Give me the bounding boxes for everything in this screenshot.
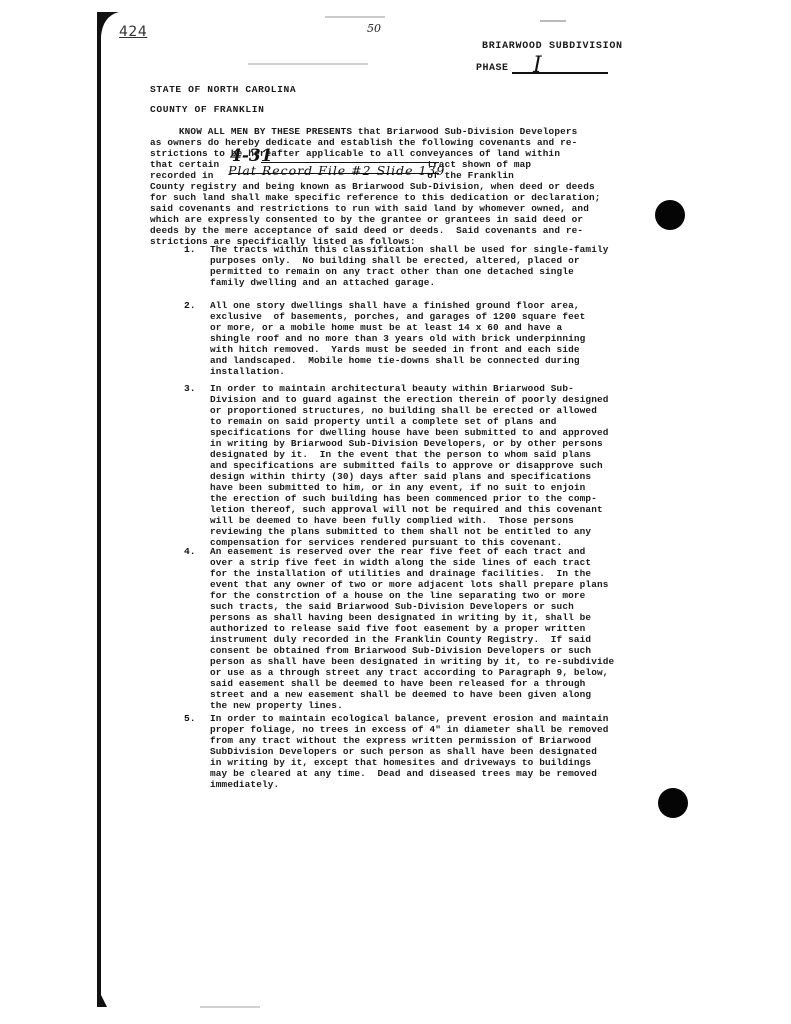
scan-left-border <box>97 12 101 1007</box>
phase-value: I <box>533 53 542 78</box>
scan-speck <box>200 1006 260 1008</box>
covenant-text: The tracts within this classification sh… <box>210 244 609 288</box>
covenant-line: the erection of such building has been c… <box>210 493 609 504</box>
covenant-text: In order to maintain ecological balance,… <box>210 713 609 790</box>
covenant-line: may be cleared at any time. Dead and dis… <box>210 768 609 779</box>
preamble-line: County registry and being known as Briar… <box>150 181 650 192</box>
covenant-line: persons as shall having been designated … <box>210 612 614 623</box>
scan-speck <box>540 20 566 22</box>
preamble-line: strictions to be hereafter applicable to… <box>150 148 650 159</box>
punch-hole-top <box>655 200 685 230</box>
preamble-line: as owners do hereby dedicate and establi… <box>150 137 650 148</box>
handwritten-plat-reference: Plat Record File #2 Slide 139 <box>228 163 445 178</box>
covenant-text: All one story dwellings shall have a fin… <box>210 300 585 377</box>
covenant-text: An easement is reserved over the rear fi… <box>210 546 614 711</box>
covenant-line: shingle roof and no more than 3 years ol… <box>210 333 585 344</box>
scan-speck <box>325 16 385 18</box>
scan-corner-bottom <box>97 995 107 1007</box>
covenant-line: immediately. <box>210 779 609 790</box>
scanned-document-page: 424 50 BRIARWOOD SUBDIVISION PHASE I STA… <box>0 0 791 1024</box>
covenant-line: letion thereof, such approval will not b… <box>210 504 609 515</box>
covenant-number: 5. <box>184 713 196 724</box>
covenant-line: An easement is reserved over the rear fi… <box>210 546 614 557</box>
phase-underline <box>512 72 608 74</box>
covenant-line: installation. <box>210 366 585 377</box>
covenant-line: and landscaped. Mobile home tie-downs sh… <box>210 355 585 366</box>
covenant-line: reviewing the plans submitted to them sh… <box>210 526 609 537</box>
punch-hole-bottom <box>658 788 688 818</box>
covenant-line: over a strip five feet in width along th… <box>210 557 614 568</box>
covenant-line: consent be obtained from Briarwood Sub-D… <box>210 645 614 656</box>
phase-label: PHASE <box>476 63 509 74</box>
covenant-line: have been submitted to him, or in any ev… <box>210 482 609 493</box>
covenant-line: street and a new easement shall be deeme… <box>210 689 614 700</box>
covenant-line: and specifications are submitted fails t… <box>210 460 609 471</box>
covenant-line: in writing by it, except that homesites … <box>210 757 609 768</box>
preamble-paragraph: KNOW ALL MEN BY THESE PRESENTS that Bria… <box>150 126 650 247</box>
preamble-line: deeds by the mere acceptance of said dee… <box>150 225 650 236</box>
covenant-line: in writing by Briarwood Sub-Division Dev… <box>210 438 609 449</box>
county-line: COUNTY OF FRANKLIN <box>150 104 264 115</box>
preamble-line: for such land shall make specific refere… <box>150 192 650 203</box>
covenant-line: designated by it. In the event that the … <box>210 449 609 460</box>
covenant-line: The tracts within this classification sh… <box>210 244 609 255</box>
covenant-line: In order to maintain ecological balance,… <box>210 713 609 724</box>
covenant-line: exclusive of basements, porches, and gar… <box>210 311 585 322</box>
covenant-line: instrument duly recorded in the Franklin… <box>210 634 614 645</box>
covenant-line: said easement shall be deemed to have be… <box>210 678 614 689</box>
covenant-number: 1. <box>184 244 196 255</box>
covenant-line: will be deemed to have been fully compli… <box>210 515 609 526</box>
covenant-number: 2. <box>184 300 196 311</box>
preamble-line: which are expressly consented to by the … <box>150 214 650 225</box>
covenant-line: design within thirty (30) days after sai… <box>210 471 609 482</box>
state-line: STATE OF NORTH CAROLINA <box>150 84 296 95</box>
covenant-line: In order to maintain architectural beaut… <box>210 383 609 394</box>
covenant-line: purposes only. No building shall be erec… <box>210 255 609 266</box>
covenant-line: authorized to release said five foot eas… <box>210 623 614 634</box>
covenant-line: or use as a through street any tract acc… <box>210 667 614 678</box>
covenant-text: In order to maintain architectural beaut… <box>210 383 609 548</box>
preamble-line: KNOW ALL MEN BY THESE PRESENTS that Bria… <box>150 126 650 137</box>
covenant-line: event that any owner of two or more adja… <box>210 579 614 590</box>
covenant-line: or more, or a mobile home must be at lea… <box>210 322 585 333</box>
handwritten-note-top: 50 <box>367 22 381 35</box>
covenant-line: Division and to guard against the erecti… <box>210 394 609 405</box>
covenant-line: such tracts, the said Briarwood Sub-Divi… <box>210 601 614 612</box>
covenant-line: SubDivision Developers or such person as… <box>210 746 609 757</box>
covenant-line: to remain on said property until a compl… <box>210 416 609 427</box>
covenant-line: permitted to remain on any tract other t… <box>210 266 609 277</box>
covenant-line: All one story dwellings shall have a fin… <box>210 300 585 311</box>
scan-speck <box>248 63 368 65</box>
covenant-line: from any tract without the express writt… <box>210 735 609 746</box>
covenant-line: the new property lines. <box>210 700 614 711</box>
preamble-line: said covenants and restrictions to run w… <box>150 203 650 214</box>
covenant-line: specifications for dwelling house have b… <box>210 427 609 438</box>
covenant-number: 3. <box>184 383 196 394</box>
scan-corner-top <box>97 12 119 36</box>
covenant-line: proper foliage, no trees in excess of 4"… <box>210 724 609 735</box>
covenant-line: with hitch removed. Yards must be seeded… <box>210 344 585 355</box>
page-number: 424 <box>119 24 147 40</box>
covenant-number: 4. <box>184 546 196 557</box>
covenant-line: for the constrction of a house on the li… <box>210 590 614 601</box>
covenant-line: or proportioned structures, no building … <box>210 405 609 416</box>
document-title: BRIARWOOD SUBDIVISION <box>482 41 623 52</box>
covenant-line: for the installation of utilities and dr… <box>210 568 614 579</box>
covenant-line: family dwelling and an attached garage. <box>210 277 609 288</box>
covenant-line: person as shall have been designated in … <box>210 656 614 667</box>
